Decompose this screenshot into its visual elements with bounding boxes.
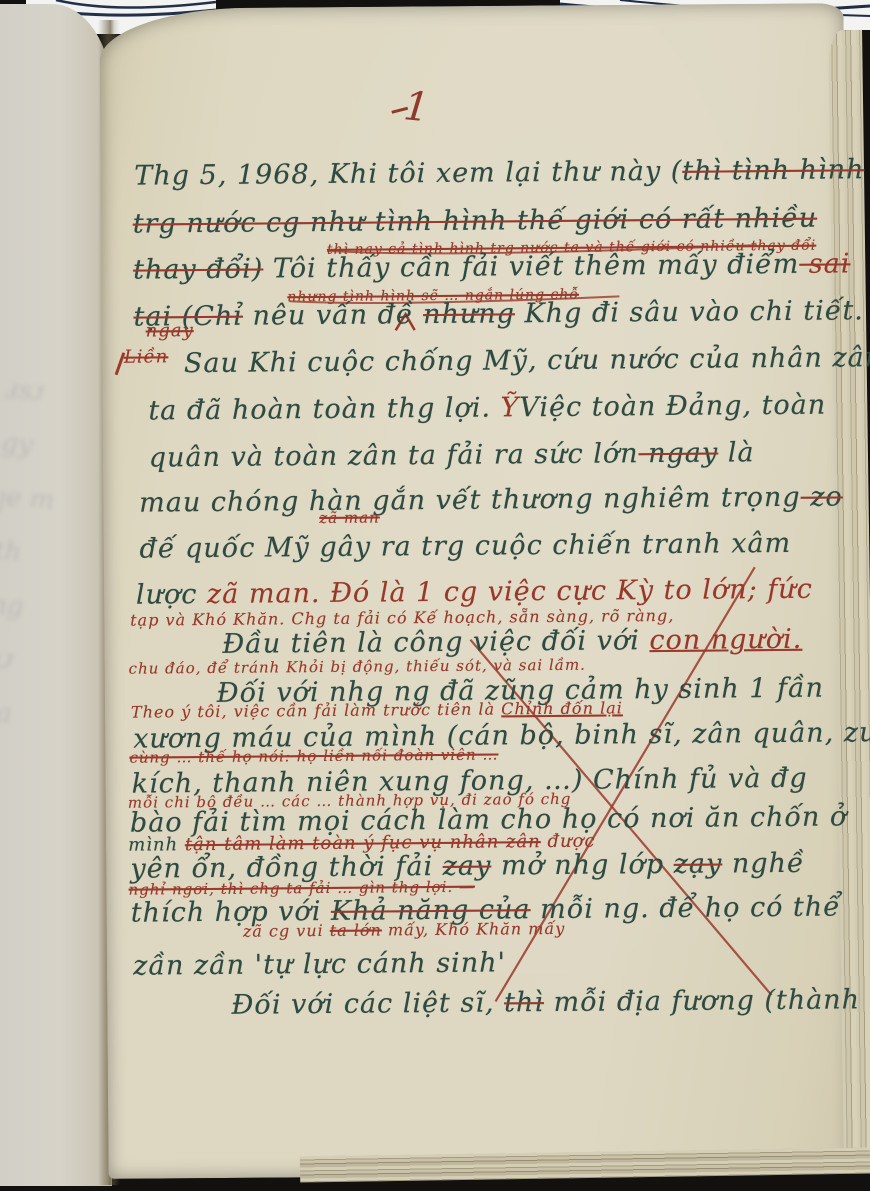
text-segment: Việc toàn Đảng, toàn: [519, 390, 826, 424]
text-segment: zạy: [674, 849, 723, 880]
text-segment: mau chóng hàn gắn vết thương nghiêm trọn…: [139, 482, 801, 519]
manuscript-line: Đầu tiên là công việc đối với con người.: [222, 624, 802, 660]
text-segment: Tôi thấy cần fải viết thêm mấy điểm: [263, 249, 799, 285]
text-segment: nghề: [722, 848, 805, 880]
manuscript-line: ta đã hoàn toàn thg lợi. ỸViệc toàn Đảng…: [148, 390, 826, 427]
text-segment: ta lớn: [330, 920, 382, 939]
text-segment: lược: [136, 579, 198, 611]
text-segment: ngay: [638, 438, 718, 470]
text-segment: thì: [504, 987, 544, 1018]
text-segment: đế quốc Mỹ gây ra trg cuộc chiến tranh x…: [139, 528, 791, 565]
text-segment: mỗi ng. để họ có thể: [530, 891, 841, 925]
text-segment: Theo ý tôi, việc cần fải làm trước tiên …: [131, 699, 501, 721]
text-segment: Thg 5, 1968, Khi tôi xem lại thư này (: [134, 156, 682, 192]
text-segment: Liền: [124, 346, 169, 367]
manuscript-line: đế quốc Mỹ gây ra trg cuộc chiến tranh x…: [139, 528, 791, 565]
text-segment: nhưng: [423, 298, 515, 330]
manuscript-line: quân và toàn zân ta fải ra sức lớn ngay …: [149, 437, 755, 473]
text-segment: nêu vấn đề: [243, 299, 423, 332]
manuscript-line: Sau Khi cuộc chống Mỹ, cứu nước của nhân…: [184, 342, 870, 379]
manuscript-line: Theo ý tôi, việc cần fải làm trước tiên …: [131, 698, 623, 721]
text-segment: Khg đi sâu vào chi tiết.: [515, 295, 864, 329]
text-segment: ta đã hoàn toàn thg lợi.: [148, 392, 500, 426]
text-segment: Đối với các liệt sĩ,: [231, 987, 504, 1020]
text-segment: zã man: [319, 508, 380, 527]
text-segment: quân và toàn zân ta fải ra sức lớn: [149, 438, 639, 473]
text-segment: Sau Khi cuộc chống Mỹ, cứu nước của nhân…: [184, 342, 870, 379]
text-segment: sai: [799, 248, 850, 279]
manuscript-line: lược zã man. Đó là 1 cg việc cực Kỳ to l…: [136, 574, 813, 611]
text-segment: zần zần 'tự lực cánh sinh': [133, 947, 506, 981]
manuscript-line: cùng … thế họ nói: họ liền nối đoàn viên…: [129, 745, 498, 766]
text-segment: Ỹ: [500, 392, 519, 423]
photo-of-manuscript-page: ⅎ𝑠ᴊ 𝑔𝑦 ꞁ𝑒 𝑚 𝑡ℎ 𝑛𝑔 𝑣ᴊ 𝑠𝑎 1 Thg 5, 1968, K…: [0, 0, 870, 1191]
text-segment: zo: [801, 481, 843, 512]
text-segment: thay đổi): [133, 253, 263, 285]
manuscript-line: Thg 5, 1968, Khi tôi xem lại thư này (th…: [134, 154, 864, 191]
manuscript-line: Liền: [124, 346, 169, 367]
text-segment: con người.: [649, 624, 802, 656]
manuscript-line: Đối với các liệt sĩ, thì mỗi địa fương (…: [231, 984, 860, 1020]
text-layer: 1 Thg 5, 1968, Khi tôi xem lại thư này (…: [0, 0, 870, 1191]
manuscript-line: zã cg vui ta lớn mấy, Khó Khăn mấy: [243, 919, 565, 941]
text-segment: Chỉnh đốn lại: [501, 698, 623, 718]
manuscript-line: zần zần 'tự lực cánh sinh': [133, 947, 506, 981]
text-segment: mỗi địa fương (thành: [544, 984, 860, 1018]
text-segment: zã cg vui: [243, 921, 330, 941]
manuscript-line: trg nước cg như tình hình thế giới có rấ…: [133, 203, 818, 240]
text-segment: Chính fủ và đg: [593, 763, 808, 796]
manuscript-line: mau chóng hàn gắn vết thương nghiêm trọn…: [139, 481, 843, 518]
manuscript-line: zã man: [319, 508, 380, 527]
manuscript-line: ngay: [146, 320, 194, 341]
text-segment: Đầu tiên là công việc đối với: [222, 625, 649, 660]
manuscript-line: tại (Chỉ nêu vấn đề nhưng Khg đi sâu vào…: [133, 295, 864, 332]
text-segment: zã man. Đó là 1 cg việc cực Kỳ to lớn; f…: [197, 574, 813, 610]
text-segment: mở nhg lớp: [491, 849, 674, 882]
manuscript-line: thay đổi) Tôi thấy cần fải viết thêm mấy…: [133, 248, 851, 285]
text-segment: là: [718, 437, 755, 468]
text-segment: ngay: [146, 320, 194, 341]
text-segment: trg nước cg như tình hình thế giới có rấ…: [133, 203, 818, 240]
text-segment: cùng … thế họ nói: họ liền nối đoàn viên…: [129, 745, 498, 766]
text-segment: mấy, Khó Khăn mấy: [382, 919, 565, 940]
text-segment: thì tình hình: [682, 154, 864, 187]
page-number: 1: [402, 83, 430, 131]
